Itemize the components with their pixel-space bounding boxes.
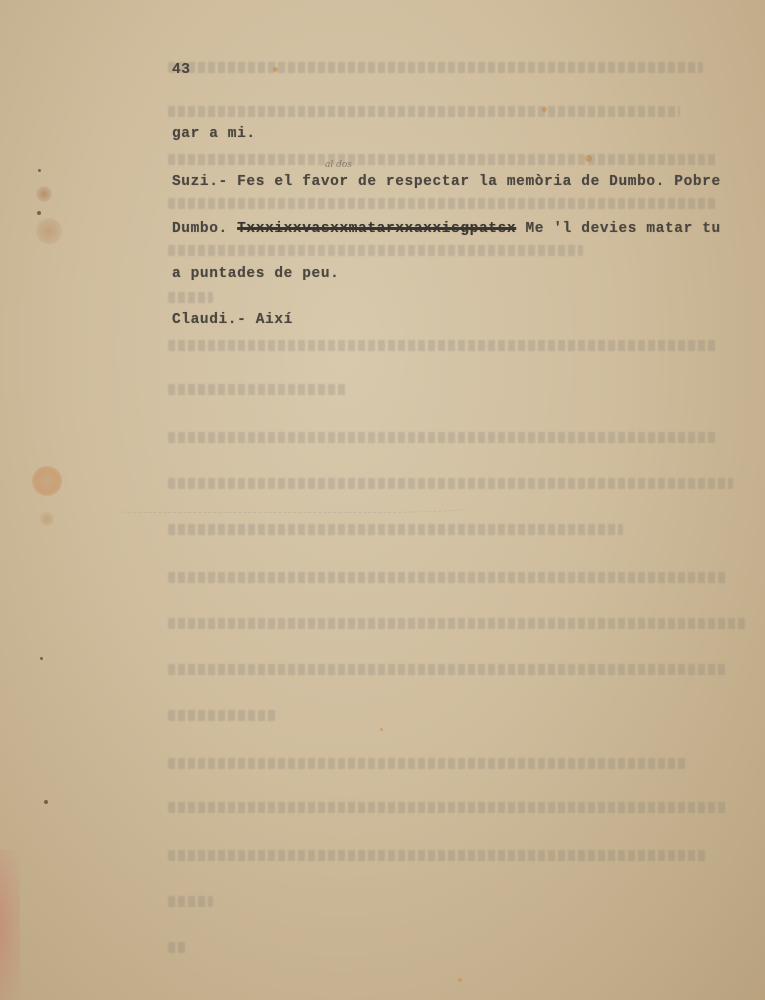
page-number: 43 bbox=[172, 62, 191, 78]
stain bbox=[32, 466, 62, 496]
line-text: Dumbo. bbox=[172, 221, 237, 237]
typed-line: a puntades de peu. bbox=[172, 266, 339, 282]
bleed-through-line bbox=[168, 106, 680, 117]
ink-dot bbox=[40, 657, 43, 660]
bleed-through-line bbox=[168, 710, 278, 721]
bleed-through-line bbox=[168, 478, 733, 489]
stain bbox=[36, 186, 52, 202]
typed-line: Dumbo. Txxxixxvasxxmatarxxaxxisgpatsx Me… bbox=[172, 221, 721, 237]
bleed-through-line bbox=[168, 758, 688, 769]
bleed-through-line bbox=[168, 618, 746, 629]
bleed-through-line bbox=[168, 664, 728, 675]
bleed-through-line bbox=[168, 524, 623, 535]
line-text: Me 'l devies matar tu bbox=[516, 221, 721, 237]
bleed-through-line bbox=[168, 850, 708, 861]
speck bbox=[458, 978, 462, 982]
bleed-through-line bbox=[168, 802, 728, 813]
red-edge-stain bbox=[0, 850, 20, 1000]
speck bbox=[380, 728, 383, 731]
bleed-through-line bbox=[168, 572, 728, 583]
struck-out-text: Txxxixxvasxxmatarxxaxxisgpatsx bbox=[237, 221, 516, 237]
ink-dot bbox=[38, 169, 41, 172]
bleed-through-line bbox=[168, 292, 213, 303]
bleed-through-line bbox=[168, 62, 703, 73]
bleed-through-line bbox=[168, 896, 213, 907]
ink-dot bbox=[37, 211, 41, 215]
ink-dot bbox=[44, 800, 48, 804]
bleed-through-line bbox=[168, 432, 716, 443]
bleed-through-line bbox=[168, 154, 716, 165]
bleed-through-line bbox=[168, 384, 348, 395]
scanned-document-page: al dos 43 gar a mi. Suzi.- Fes el favor … bbox=[0, 0, 765, 1000]
typed-line-suzi: Suzi.- Fes el favor de respectar la memò… bbox=[172, 174, 721, 190]
typed-line: gar a mi. bbox=[172, 126, 256, 142]
handwritten-annotation: al dos bbox=[325, 160, 352, 170]
bleed-through-line bbox=[168, 198, 716, 209]
bleed-through-handwriting bbox=[115, 494, 475, 513]
bleed-through-line bbox=[168, 245, 583, 256]
bleed-through-line bbox=[168, 942, 186, 953]
typed-line-claudi: Claudi.- Així bbox=[172, 312, 293, 328]
bleed-through-line bbox=[168, 340, 716, 351]
stain bbox=[36, 218, 62, 244]
stain bbox=[40, 512, 54, 526]
